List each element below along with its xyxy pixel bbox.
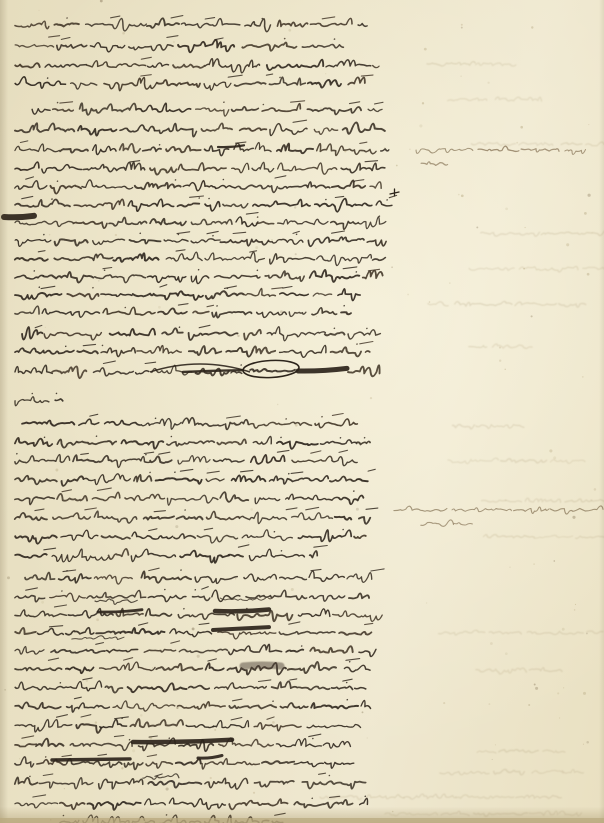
handwritten-line	[14, 605, 384, 621]
margin-note-line	[393, 506, 603, 514]
interlinear-insertion	[220, 598, 273, 601]
handwritten-line	[14, 141, 390, 156]
handwritten-line	[14, 528, 367, 543]
handwritten-line	[21, 414, 359, 430]
bleed-through-line	[447, 458, 585, 463]
handwritten-line	[14, 231, 388, 246]
handwritten-line	[14, 507, 378, 523]
handwritten-line	[14, 622, 373, 639]
paragraph-4	[14, 414, 378, 563]
bleed-through-line	[427, 301, 586, 307]
strikethrough-mark	[98, 610, 142, 612]
handwriting-layer	[0, 0, 604, 823]
bleed-through-line	[440, 769, 584, 774]
bleed-through-line	[448, 97, 542, 101]
handwritten-line	[14, 304, 352, 318]
handwritten-line	[14, 285, 362, 301]
bleed-through-line	[475, 668, 562, 674]
margin-note-line	[415, 146, 586, 154]
bleed-through-line	[320, 794, 562, 799]
bleed-through-line	[481, 498, 604, 502]
handwritten-line	[14, 488, 365, 505]
margin-annotation-1	[415, 146, 586, 165]
strikethrough-mark	[298, 368, 347, 371]
handwritten-line	[14, 450, 359, 467]
handwritten-line	[14, 469, 375, 486]
paragraph-1	[14, 16, 380, 91]
manuscript-page	[0, 0, 604, 823]
manuscript-text	[14, 16, 397, 823]
bleed-through-line	[427, 62, 517, 66]
handwritten-line	[14, 587, 371, 602]
bleed-through-line	[438, 630, 603, 635]
handwritten-line	[14, 250, 387, 266]
smudged-deletion	[243, 665, 281, 666]
scan-edge-left	[0, 0, 8, 823]
handwritten-line	[14, 161, 386, 175]
strikethrough-mark	[52, 759, 130, 760]
handwritten-line	[14, 697, 372, 712]
scan-edge-bottom-strip	[0, 818, 604, 823]
handwritten-line	[14, 16, 369, 32]
handwritten-line	[14, 74, 373, 91]
handwritten-line	[14, 36, 345, 53]
handwritten-line	[14, 773, 367, 789]
paragraph-3	[14, 325, 382, 405]
handwritten-line	[14, 267, 384, 284]
margin-annotation-2	[393, 506, 603, 526]
handwritten-line	[347, 365, 381, 376]
handwritten-line	[14, 57, 380, 73]
ink-blot	[4, 216, 34, 217]
handwritten-line	[14, 545, 327, 563]
strikethrough-mark	[215, 610, 269, 612]
handwritten-line	[21, 325, 382, 340]
paragraph-5	[14, 568, 384, 823]
scan-edge-right	[599, 0, 604, 823]
handwritten-line	[14, 641, 377, 657]
handwritten-line	[14, 342, 373, 358]
bleed-through-line	[477, 750, 565, 753]
interlinear-insertion	[94, 599, 137, 604]
strikethrough-mark	[213, 627, 269, 630]
strikethrough-mark	[198, 756, 222, 759]
bleed-through-line	[480, 230, 604, 236]
insertion-caret-mark	[390, 189, 399, 196]
paper-specks	[4, 0, 596, 821]
handwritten-line	[14, 176, 383, 194]
handwritten-line	[14, 361, 156, 378]
handwritten-line	[24, 568, 384, 584]
strikethrough-mark	[218, 145, 244, 147]
paragraph-2	[14, 101, 397, 318]
bleed-through-line	[471, 142, 604, 146]
handwritten-line	[14, 754, 355, 769]
margin-note-line	[421, 162, 448, 166]
strikethrough-mark	[133, 740, 232, 742]
handwritten-line	[14, 658, 372, 675]
handwritten-line	[14, 213, 387, 230]
interlinear-insertion	[72, 636, 124, 640]
handwritten-line	[14, 195, 397, 211]
handwritten-line	[14, 393, 64, 406]
margin-note-line	[421, 520, 473, 526]
handwritten-line	[14, 678, 367, 693]
handwritten-line	[14, 120, 387, 136]
handwritten-line	[250, 369, 295, 372]
handwritten-line	[14, 715, 363, 733]
bleed-through-line	[469, 266, 604, 272]
bleed-through-line	[452, 425, 524, 429]
bleed-through-line	[483, 535, 604, 539]
handwritten-line	[31, 101, 383, 116]
